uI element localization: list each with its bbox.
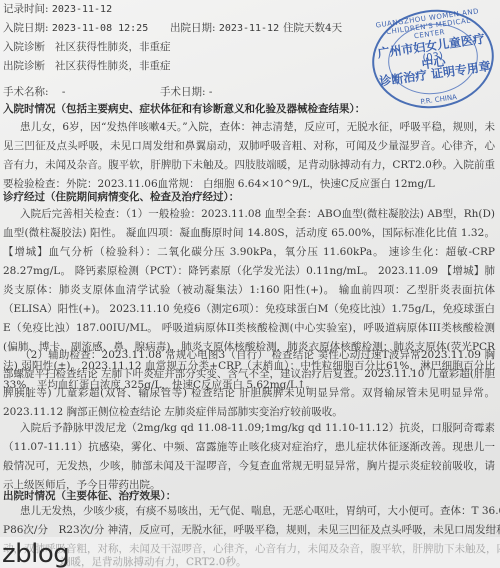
- discharge-date-label: 出院日期:: [170, 22, 216, 34]
- admission-heading: 入院时情况（包括主要病史、症状体征和有诊断意义和化验及器械检查结果）：: [3, 103, 365, 116]
- hospital-seal-stamp: GUANGZHOU WOMEN AND CHILDREN'S MEDICAL C…: [366, 2, 500, 116]
- discharge-diagnosis-row: 出院诊断 社区获得性肺炎，非重症: [3, 60, 171, 73]
- discharge-line-4-faded: 端暖，足背动脉搏动有力，CRT2.0秒。: [60, 556, 246, 568]
- record-time-label: 记录时间:: [3, 3, 49, 15]
- surgery-name-row: 手术名称: -: [3, 86, 65, 99]
- discharge-date-group: 出院日期: 2023-11-12: [170, 22, 279, 35]
- surgery-date-value: -: [209, 86, 213, 98]
- surgery-date-row: 手术日期: -: [160, 86, 212, 99]
- admit-date-value: 2023-11-08 12:25: [52, 23, 148, 34]
- record-time-value: 2023-11-12: [52, 4, 112, 15]
- discharge-heading: 出院时情况（主要体征、治疗效果）：: [3, 490, 176, 503]
- course-auxiliary-exams: （2）辅助检查：2023.11.08 常规心电图3（自行） 检查结论 窦性心动过…: [3, 346, 495, 422]
- discharge-diagnosis-value: 社区获得性肺炎，非重症: [55, 60, 171, 72]
- admit-diagnosis-value: 社区获得性肺炎，非重症: [55, 41, 171, 53]
- discharge-line-2: P86次/分 R23次/分 神清，反应可，无脱水征，呼吸平稳，规则，未见三凹征及…: [3, 524, 500, 537]
- surgery-date-label: 手术日期:: [160, 86, 206, 98]
- discharge-date-value: 2023-11-12: [219, 23, 279, 34]
- admit-date-label: 入院日期:: [3, 22, 49, 34]
- discharge-diagnosis-label: 出院诊断: [3, 60, 45, 72]
- dates-row: 入院日期: 2023-11-08 12:25: [3, 22, 148, 35]
- discharge-line-1: 患儿无发热，少咳少痰，有痰不易咳出，无气促、喘息，无恶心呕吐，胃纳可，大小便可。…: [20, 505, 500, 518]
- admit-diagnosis-row: 入院诊断 社区获得性肺炎，非重症: [3, 41, 171, 54]
- surgery-name-value: -: [62, 86, 66, 98]
- course-heading: 诊疗经过（住院期间病情变化、检查及治疗经过）：: [3, 191, 239, 204]
- stay-days: 住院天数4天: [283, 22, 342, 35]
- discharge-line-3-faded: 动，双肺呼吸音粗，对称，未闻及干湿啰音，心律齐，心音有力，未闻及杂音，腹平软，肝…: [3, 543, 500, 556]
- admit-diagnosis-label: 入院诊断: [3, 41, 45, 53]
- watermark-logo: zblog: [2, 541, 69, 567]
- surgery-name-label: 手术名称:: [3, 86, 49, 98]
- course-treatment: 入院后予静脉甲泼尼龙（2mg/kg qd 11.08-11.09;1mg/kg …: [3, 419, 495, 495]
- admission-text: 患儿女，6岁，因“发热伴咳嗽4天。”入院，查体：神志清楚，反应可，无脱水征，呼吸…: [3, 118, 495, 194]
- record-time-row: 记录时间: 2023-11-12: [3, 3, 112, 16]
